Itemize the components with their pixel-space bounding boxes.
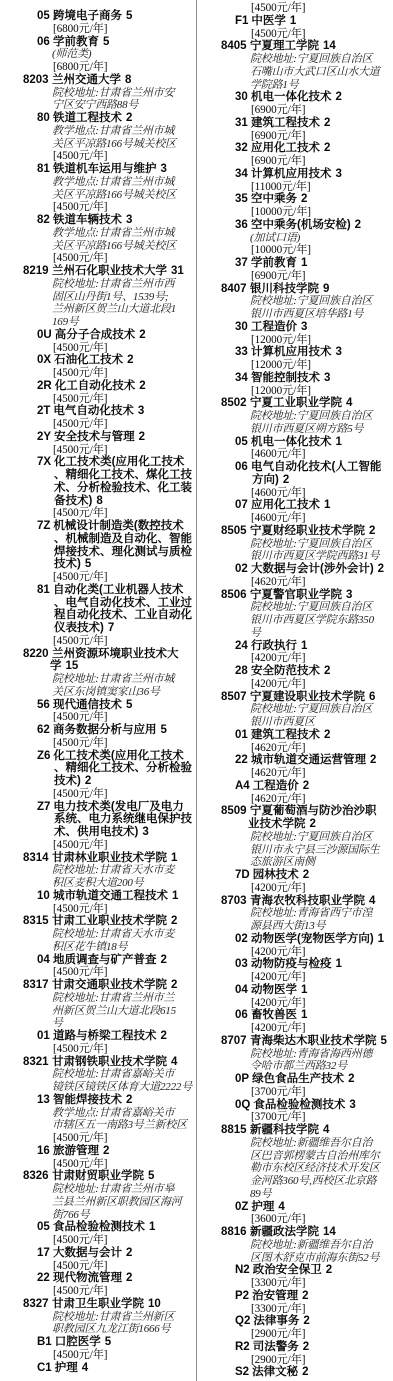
enrollment-count: 2 bbox=[161, 954, 167, 966]
institution-address-line-text: 院校地址:甘肃省兰州市兰 bbox=[52, 992, 174, 1004]
major-code: 02 bbox=[235, 563, 248, 576]
major-row: 05机电一体化技术1 bbox=[221, 436, 391, 449]
tuition-line-text: [12000元/年] bbox=[251, 334, 311, 346]
major-row: 06电气自动化技术(人工智能 bbox=[221, 461, 391, 474]
school-row-text: 宁夏警官职业学院 bbox=[250, 589, 342, 601]
tuition-line-text: [6900元/年] bbox=[251, 130, 305, 142]
school-code: 8321 bbox=[23, 1056, 49, 1069]
enrollment-count: 1 bbox=[324, 499, 330, 511]
major-name-wrap-text: 焊接技术、理化测试与质检 bbox=[54, 546, 192, 558]
major-row-text: 铁道车辆技术 bbox=[53, 214, 122, 226]
major-row-text: 学前教育 bbox=[251, 257, 297, 269]
major-row-text: 铁道机车运用与维护 bbox=[53, 163, 157, 175]
school-code: 8502 bbox=[221, 397, 247, 410]
major-row: P2治安管理2 bbox=[221, 1290, 391, 1303]
major-code: 22 bbox=[235, 754, 248, 767]
major-row: 28安全防范技术2 bbox=[221, 665, 391, 678]
major-code: 0Q bbox=[235, 1099, 250, 1112]
school-row: 8506宁夏警官职业学院3 bbox=[221, 589, 391, 602]
major-row: 56现代通信技术5 bbox=[23, 699, 194, 712]
institution-address-line: 银川市西夏区 bbox=[221, 716, 391, 729]
tuition-line-text: [4620元/年] bbox=[251, 767, 305, 779]
school-row-text: 甘肃交通职业技术学院 bbox=[52, 979, 167, 991]
tuition-line: [4200元/年] bbox=[221, 946, 391, 959]
major-row: 31建筑工程技术2 bbox=[221, 117, 391, 130]
major-row: 30工程造价3 bbox=[221, 321, 391, 334]
major-row-text: 化工技术类(应用化工技术 bbox=[54, 456, 184, 468]
tuition-line: [4200元/年] bbox=[221, 971, 391, 984]
major-name-wrap-text: 术、分析检验技术、化工装 bbox=[54, 482, 192, 494]
major-row-text: 安全防范技术 bbox=[251, 665, 320, 677]
major-code: 05 bbox=[37, 10, 50, 23]
enrollment-count: 1 bbox=[301, 1009, 307, 1021]
institution-address-line-text: 号 bbox=[52, 1017, 63, 1029]
major-row-text: 动物医学(宠物医学方向) bbox=[251, 933, 374, 945]
enrollment-count: 3 bbox=[138, 405, 144, 417]
major-name-wrap-text: 、电气自动化技术、工业过 bbox=[54, 597, 192, 609]
institution-address-line-text: 勒市东校区经济技术开发区 bbox=[250, 1162, 380, 1174]
major-name-wrap-text: 术、供用电技术) bbox=[54, 826, 138, 838]
enrollment-count: 2 bbox=[126, 1094, 132, 1106]
institution-address-line-text: 院校地址:甘肃省兰州市西 bbox=[52, 278, 174, 290]
institution-address-line-text: 院校地址:甘肃省兰州市皋 bbox=[52, 1183, 174, 1195]
teaching-location-line-text: 教学地点:甘肃省兰州市城 bbox=[52, 125, 174, 137]
enrollment-count: 3 bbox=[301, 321, 307, 333]
major-row-text: 化工自动化技术 bbox=[55, 380, 136, 392]
enrollment-count: 31 bbox=[171, 265, 184, 277]
enrollment-count: 2 bbox=[103, 1145, 109, 1157]
institution-address-line: 院校地址:甘肃省兰州市城 bbox=[23, 673, 194, 686]
major-name-wrap-text: 系统、电力系统继电保护技 bbox=[54, 813, 192, 825]
teaching-location-line-text: 关区平凉路166号城关校区 bbox=[52, 189, 176, 201]
major-row: 02动物医学(宠物医学方向)1 bbox=[221, 933, 391, 946]
tuition-line: [6900元/年] bbox=[221, 104, 391, 117]
major-row: 62商务数据分析与应用5 bbox=[23, 724, 194, 737]
major-code: 35 bbox=[235, 193, 248, 206]
major-row-text: 石油化工技术 bbox=[54, 354, 123, 366]
school-row: 8405宁夏理工学院14 bbox=[221, 40, 391, 53]
major-row-text: 应用化工技术 bbox=[251, 499, 320, 511]
institution-address-line: 银川市西夏区培华路1号 bbox=[221, 308, 391, 321]
major-code: 7Z bbox=[37, 520, 50, 533]
tuition-line: [4620元/年] bbox=[221, 793, 391, 806]
enrollment-count: 2 bbox=[348, 1073, 354, 1085]
school-code: 8505 bbox=[221, 525, 247, 538]
major-code: 32 bbox=[235, 142, 248, 155]
enrollment-count: 2 bbox=[369, 525, 375, 537]
major-row-text: 政治安全保卫 bbox=[253, 1264, 322, 1276]
major-code: 10 bbox=[37, 890, 50, 903]
major-code: 0U bbox=[37, 329, 52, 342]
institution-address-line-text: 石嘴山市大武口区山水大道 bbox=[250, 66, 380, 78]
institution-address-line: 院校地址:宁夏回族自治区 bbox=[221, 601, 391, 614]
tuition-line: [4500元/年] bbox=[23, 903, 194, 916]
major-name-wrap: 术、供用电技术)3 bbox=[23, 826, 194, 839]
enrollment-count: 5 bbox=[85, 558, 91, 570]
major-code: 62 bbox=[37, 724, 50, 737]
school-row-text: 宁夏工业职业学院 bbox=[250, 397, 342, 409]
institution-address-line-text: 院校地址:甘肃省天水市麦 bbox=[52, 864, 174, 876]
major-row: C1护理4 bbox=[23, 1362, 194, 1375]
enrollment-count: 5 bbox=[381, 1035, 387, 1047]
school-row: 8317甘肃交通职业技术学院2 bbox=[23, 979, 194, 992]
tuition-line: [4620元/年] bbox=[221, 742, 391, 755]
school-row-text: 银川科技学院 bbox=[250, 283, 319, 295]
tuition-line: [6800元/年] bbox=[23, 23, 194, 36]
major-row: B1口腔医学5 bbox=[23, 1336, 194, 1349]
enrollment-count: 2 bbox=[302, 1290, 308, 1302]
institution-address-line: 院校地址:甘肃省兰州市兰 bbox=[23, 992, 194, 1005]
tuition-line: [4200元/年] bbox=[221, 652, 391, 665]
tuition-line: [4500元/年] bbox=[23, 1158, 194, 1171]
major-row-text: 道路与桥梁工程技术 bbox=[53, 1030, 157, 1042]
institution-address-line-text: 街766号 bbox=[52, 1209, 90, 1221]
major-row-text: 工程造价 bbox=[251, 321, 297, 333]
institution-address-line-text: 院校地址:甘肃省兰州市城 bbox=[52, 673, 174, 685]
major-row-text: 食品检验检测技术 bbox=[53, 1221, 145, 1233]
institution-address-line-text: 院校地址:宁夏回族自治区 bbox=[250, 410, 372, 422]
school-code: 8707 bbox=[221, 1035, 247, 1048]
major-name-wrap-text: 、机械制造及自动化、智能 bbox=[54, 533, 192, 545]
major-row-text: 大数据与会计 bbox=[53, 1247, 122, 1259]
major-row-text: 口腔医学 bbox=[55, 1336, 101, 1348]
school-row: 8203兰州交通大学8 bbox=[23, 74, 194, 87]
major-code: 06 bbox=[235, 461, 248, 474]
institution-address-line-text: 院校地址:甘肃省兰州新区 bbox=[52, 1311, 174, 1323]
tuition-line-text: [4500元/年] bbox=[53, 252, 107, 264]
institution-address-line: 院校地址:甘肃省兰州新区 bbox=[23, 1311, 194, 1324]
tuition-line: [3700元/年] bbox=[221, 1111, 391, 1124]
tuition-line-text: [4500元/年] bbox=[53, 367, 107, 379]
school-row: 8326甘肃财贸职业学院5 bbox=[23, 1170, 194, 1183]
school-row-text: 甘肃钢铁职业技术学院 bbox=[52, 1056, 167, 1068]
tuition-line-text: [6900元/年] bbox=[251, 270, 305, 282]
school-code: 8326 bbox=[23, 1170, 49, 1183]
tuition-line-text: [4500元/年] bbox=[53, 444, 107, 456]
major-row: S2法律文秘2 bbox=[221, 1366, 391, 1379]
tuition-line: [4500元/年] bbox=[23, 635, 194, 648]
major-row-text: 机械设计制造类(数控技术 bbox=[53, 520, 183, 532]
institution-address-line-text: 169号 bbox=[52, 316, 79, 328]
enrollment-count: 2 bbox=[336, 91, 342, 103]
tuition-line-text: [4620元/年] bbox=[251, 742, 305, 754]
major-row: 32应用化工技术2 bbox=[221, 142, 391, 155]
enrollment-count: 2 bbox=[126, 1272, 132, 1284]
institution-address-line: 职教园区九龙江街1666号 bbox=[23, 1323, 194, 1336]
tuition-line: [4500元/年] bbox=[23, 252, 194, 265]
institution-address-line: 院校地址:宁夏回族自治区 bbox=[221, 538, 391, 551]
tuition-line: [4600元/年] bbox=[221, 487, 391, 500]
institution-address-line-text: 院校地址:宁夏回族自治区 bbox=[250, 601, 372, 613]
school-name-wrap-text: 业技术学院 bbox=[248, 818, 306, 830]
institution-address-line: 院校地址:甘肃省兰州市安 bbox=[23, 87, 194, 100]
school-row-text: 宁夏理工学院 bbox=[250, 40, 319, 52]
enrollment-count: 1 bbox=[290, 15, 296, 27]
enrollment-count: 8 bbox=[125, 74, 131, 86]
major-row-text: 智能控制技术 bbox=[251, 372, 320, 384]
major-row-text: 绿色食品生产技术 bbox=[252, 1073, 344, 1085]
major-row-text: 计算机应用技术 bbox=[251, 168, 332, 180]
major-row-text: 计算机应用技术 bbox=[251, 346, 332, 358]
major-row-text: 现代物流管理 bbox=[53, 1272, 122, 1284]
teaching-location-line: 市辖区五一南路3号兰新校区 bbox=[23, 1119, 194, 1132]
teaching-location-line-text: 教学地点:甘肃省嘉峪关市 bbox=[52, 1107, 174, 1119]
major-code: 7D bbox=[235, 869, 250, 882]
enrollment-count: 1 bbox=[378, 933, 384, 945]
major-row-text: 法律文秘 bbox=[252, 1366, 298, 1378]
institution-address-line-text: 兰州新区贺兰山大道北段1 bbox=[52, 303, 176, 315]
major-row-text: 动物防疫与检疫 bbox=[251, 958, 332, 970]
major-code: 06 bbox=[235, 1009, 248, 1022]
enrollment-count: 2 bbox=[302, 1366, 308, 1378]
major-code: 02 bbox=[235, 933, 248, 946]
tuition-line-text: [4500元/年] bbox=[53, 342, 107, 354]
major-row-text: 电力技术类(发电厂及电力 bbox=[53, 801, 183, 813]
major-name-wrap: 技术)2 bbox=[23, 775, 194, 788]
tuition-line: [12000元/年] bbox=[221, 359, 391, 372]
major-name-wrap: 仪表技术)7 bbox=[23, 622, 194, 635]
school-row: 8407银川科技学院9 bbox=[221, 283, 391, 296]
major-code: R2 bbox=[235, 1341, 250, 1354]
major-row: 37学前教育1 bbox=[221, 257, 391, 270]
school-code: 8506 bbox=[221, 589, 247, 602]
school-row-text: 新疆政法学院 bbox=[250, 1226, 319, 1238]
tuition-line-text: [2900元/年] bbox=[251, 1354, 305, 1366]
tuition-line-text: [4600元/年] bbox=[251, 448, 305, 460]
school-row: 8505宁夏财经职业技术学院2 bbox=[221, 525, 391, 538]
enrollment-count: 2 bbox=[324, 729, 330, 741]
major-row: 04地质调查与矿产普查2 bbox=[23, 954, 194, 967]
school-code: 8407 bbox=[221, 283, 247, 296]
enrollment-count: 5 bbox=[161, 724, 167, 736]
institution-address-line-text: 银川市西夏区学院西路31号 bbox=[250, 550, 379, 562]
school-row-text: 宁夏建设职业技术学院 bbox=[250, 691, 365, 703]
major-code: 05 bbox=[37, 1221, 50, 1234]
major-name-wrap-text: 、精细化工技术、分析检验 bbox=[54, 762, 192, 774]
major-code: 07 bbox=[235, 499, 248, 512]
major-row: 22城市轨道交通运营管理2 bbox=[221, 754, 391, 767]
institution-address-line: 号 bbox=[23, 1017, 194, 1030]
teaching-location-line-text: 教学地点:甘肃省兰州市城 bbox=[52, 176, 174, 188]
major-row: 30机电一体化技术2 bbox=[221, 91, 391, 104]
institution-address-line: 关区东岗镇窦家山36号 bbox=[23, 686, 194, 699]
major-row-text: 机电一体化技术 bbox=[251, 436, 332, 448]
tuition-line-text: [4500元/年] bbox=[53, 1132, 107, 1144]
institution-address-line-text: 州新区贺兰山大道北段615 bbox=[52, 1005, 176, 1017]
tuition-line: [12000元/年] bbox=[221, 385, 391, 398]
enrollment-count: 14 bbox=[323, 1226, 336, 1238]
teaching-location-line-text: 教学地点:甘肃省兰州市城 bbox=[52, 227, 174, 239]
school-row: 8327甘肃卫生职业学院10 bbox=[23, 1298, 194, 1311]
column-right: [4500元/年]F1中医学1[4500元/年]8405宁夏理工学院14院校地址… bbox=[197, 0, 393, 1381]
enrollment-count: 3 bbox=[346, 589, 352, 601]
tuition-line: [6800元/年] bbox=[23, 61, 194, 74]
tuition-line: [4500元/年] bbox=[23, 367, 194, 380]
teaching-location-line-text: 关区平凉路166号城关校区 bbox=[52, 240, 176, 252]
enrollment-count: 2 bbox=[378, 563, 384, 575]
institution-address-line: 169号 bbox=[23, 316, 194, 329]
tuition-line-text: [4600元/年] bbox=[251, 512, 305, 524]
institution-address-line: 号 bbox=[221, 627, 391, 640]
major-row: 81自动化类(工业机器人技术 bbox=[23, 584, 194, 597]
tuition-line: [4500元/年] bbox=[23, 1132, 194, 1145]
major-name-wrap: 、机械制造及自动化、智能 bbox=[23, 533, 194, 546]
enrollment-count: 2 bbox=[370, 754, 376, 766]
enrollment-count: 2 bbox=[127, 354, 133, 366]
institution-address-line-text: 金河路360号,西校区北京路 bbox=[250, 1175, 376, 1187]
institution-address-line: 院校地址:甘肃省天水市麦 bbox=[23, 864, 194, 877]
major-name-wrap-text: 技术) bbox=[54, 775, 81, 787]
school-code: 8315 bbox=[23, 915, 49, 928]
institution-address-line: 令哈市都兰西路32号 bbox=[221, 1060, 391, 1073]
tuition-line-text: [4200元/年] bbox=[251, 882, 305, 894]
tuition-line-text: [4500元/年] bbox=[53, 788, 107, 800]
major-row-text: 铁道工程技术 bbox=[53, 112, 122, 124]
major-row: 7X化工技术类(应用化工技术 bbox=[23, 456, 194, 469]
enrollment-count: 4 bbox=[346, 397, 352, 409]
note-line: (师范类) bbox=[23, 48, 194, 61]
major-code: 16 bbox=[37, 1145, 50, 1158]
tuition-line-text: [4500元/年] bbox=[53, 737, 107, 749]
tuition-line-text: [4500元/年] bbox=[53, 418, 107, 430]
tuition-line-text: [4500元/年] bbox=[53, 1260, 107, 1272]
major-row: 22现代物流管理2 bbox=[23, 1272, 194, 1285]
tuition-line-text: [4200元/年] bbox=[251, 946, 305, 958]
major-row: 80铁道工程技术2 bbox=[23, 112, 194, 125]
tuition-line: [4500元/年] bbox=[23, 839, 194, 852]
institution-address-line-text: 院校地址:新疆维吾尔自治 bbox=[250, 1137, 372, 1149]
major-code: 81 bbox=[37, 584, 50, 597]
major-code: Q2 bbox=[235, 1315, 250, 1328]
tuition-line: [10000元/年] bbox=[221, 206, 391, 219]
enrollment-count: 2 bbox=[126, 112, 132, 124]
major-code: 30 bbox=[235, 91, 248, 104]
institution-address-line-text: 院校地址:青海省西宁市湟 bbox=[250, 907, 372, 919]
tuition-line: [3300元/年] bbox=[221, 1303, 391, 1316]
enrollment-count: 3 bbox=[349, 1099, 355, 1111]
enrollment-count: 1 bbox=[301, 640, 307, 652]
major-code: 03 bbox=[235, 958, 248, 971]
enrollment-count: 2 bbox=[283, 474, 289, 486]
enrollment-count: 6 bbox=[369, 691, 375, 703]
tuition-line-text: [4500元/年] bbox=[53, 903, 107, 915]
major-row: 2T电气自动化技术3 bbox=[23, 405, 194, 418]
school-name-wrap-text: 学 bbox=[50, 660, 62, 672]
tuition-line: [6900元/年] bbox=[221, 155, 391, 168]
school-code: 8509 bbox=[221, 805, 247, 818]
enrollment-count: 5 bbox=[126, 699, 132, 711]
enrollment-count: 5 bbox=[126, 10, 132, 22]
school-row: 8507宁夏建设职业技术学院6 bbox=[221, 691, 391, 704]
tuition-line: [4500元/年] bbox=[23, 507, 194, 520]
major-code: 7X bbox=[37, 456, 51, 469]
admissions-plan-page: 05跨境电子商务5[6800元/年]06学前教育5(师范类)[6800元/年]8… bbox=[0, 0, 393, 1381]
enrollment-count: 2 bbox=[303, 780, 309, 792]
major-code: 24 bbox=[235, 640, 248, 653]
institution-address-line: 金河路360号,西校区北京路 bbox=[221, 1175, 391, 1188]
major-name-wrap-text: 方向) bbox=[252, 474, 279, 486]
major-code: 01 bbox=[235, 729, 248, 742]
major-row-text: 智能焊接技术 bbox=[53, 1094, 122, 1106]
school-row: 8321甘肃钢铁职业技术学院4 bbox=[23, 1056, 194, 1069]
institution-address-line-text: 院校地址:宁夏回族自治区 bbox=[250, 703, 372, 715]
institution-address-line-text: 院校地址:宁夏回族自治区 bbox=[250, 295, 372, 307]
major-code: 34 bbox=[235, 168, 248, 181]
teaching-location-line: 教学地点:甘肃省兰州市城 bbox=[23, 176, 194, 189]
major-name-wrap-text: 技术) bbox=[54, 558, 81, 570]
tuition-line-text: [12000元/年] bbox=[251, 385, 311, 397]
teaching-location-line: 关区平凉路166号城关校区 bbox=[23, 138, 194, 151]
major-row-text: 工程造价 bbox=[253, 780, 299, 792]
institution-address-line-text: 兰县兰州新区职教园区海河 bbox=[52, 1196, 182, 1208]
major-code: 2T bbox=[37, 405, 50, 418]
teaching-location-line: 教学地点:甘肃省嘉峪关市 bbox=[23, 1107, 194, 1120]
tuition-line: [4620元/年] bbox=[221, 767, 391, 780]
enrollment-count: 1 bbox=[336, 958, 342, 970]
major-name-wrap-text: 、精细化工技术、煤化工技 bbox=[54, 469, 192, 481]
enrollment-count: 2 bbox=[303, 869, 309, 881]
major-name-wrap-text: 程自动化技术、工业自动化 bbox=[54, 609, 192, 621]
teaching-location-line-text: 关区平凉路166号城关校区 bbox=[52, 138, 176, 150]
institution-address-line: 院校地址:宁夏回族自治区 bbox=[221, 410, 391, 423]
tuition-line: [4500元/年] bbox=[23, 1260, 194, 1273]
institution-address-line-text: 院校地址:青海省海西州德 bbox=[250, 1048, 372, 1060]
major-name-wrap: 技术)5 bbox=[23, 558, 194, 571]
institution-address-line: 兰州新区贺兰山大道北段1 bbox=[23, 303, 194, 316]
major-row-text: 空中乘务(机场安检) bbox=[251, 219, 351, 231]
tuition-line-text: [4500元/年] bbox=[53, 1158, 107, 1170]
major-row: 7D园林技术2 bbox=[221, 869, 391, 882]
enrollment-count: 5 bbox=[105, 1336, 111, 1348]
enrollment-count: 3 bbox=[336, 168, 342, 180]
major-row-text: 动物医学 bbox=[251, 984, 297, 996]
major-row: Z6化工技术类(应用化工技术 bbox=[23, 750, 194, 763]
major-row-text: 法律事务 bbox=[253, 1315, 299, 1327]
tuition-line-text: [4620元/年] bbox=[251, 576, 305, 588]
institution-address-line: 区巴音郭楞蒙古自治州库尔 bbox=[221, 1150, 391, 1163]
major-code: 0X bbox=[37, 354, 51, 367]
major-code: P2 bbox=[235, 1290, 249, 1303]
tuition-line-text: [11000元/年] bbox=[251, 181, 311, 193]
institution-address-line: 州新区贺兰山大道北段615 bbox=[23, 1005, 194, 1018]
major-code: 30 bbox=[235, 321, 248, 334]
major-code: B1 bbox=[37, 1336, 52, 1349]
school-code: 8703 bbox=[221, 895, 247, 908]
enrollment-count: 2 bbox=[324, 142, 330, 154]
tuition-line: [4500元/年] bbox=[221, 28, 391, 41]
enrollment-count: 2 bbox=[139, 380, 145, 392]
institution-address-line: 积区花牛镇18号 bbox=[23, 941, 194, 954]
major-row-text: 电气自动化技术 bbox=[53, 405, 134, 417]
institution-address-line: 院校地址:青海省西宁市湟 bbox=[221, 907, 391, 920]
institution-address-line: 区图木舒克市前海东街52号 bbox=[221, 1252, 391, 1265]
tuition-line-text: [4500元/年] bbox=[53, 150, 107, 162]
institution-address-line-text: 院校地址:新疆维吾尔自治 bbox=[250, 1239, 372, 1251]
major-code: 22 bbox=[37, 1272, 50, 1285]
school-row-text: 新疆科技学院 bbox=[250, 1124, 319, 1136]
institution-address-line-text: 号 bbox=[250, 627, 261, 639]
major-name-wrap-text: 备技术) bbox=[54, 495, 92, 507]
tuition-line: [3700元/年] bbox=[221, 1086, 391, 1099]
tuition-line-text: [4500元/年] bbox=[251, 2, 305, 14]
institution-address-line: 院校地址:甘肃省天水市麦 bbox=[23, 928, 194, 941]
major-row: 34计算机应用技术3 bbox=[221, 168, 391, 181]
tuition-line: [4500元/年] bbox=[23, 737, 194, 750]
tuition-line: [4500元/年] bbox=[23, 150, 194, 163]
institution-address-line: 院校地址:甘肃省兰州市西 bbox=[23, 278, 194, 291]
institution-address-line: 院校地址:宁夏回族自治区 bbox=[221, 295, 391, 308]
major-code: S2 bbox=[235, 1366, 249, 1379]
